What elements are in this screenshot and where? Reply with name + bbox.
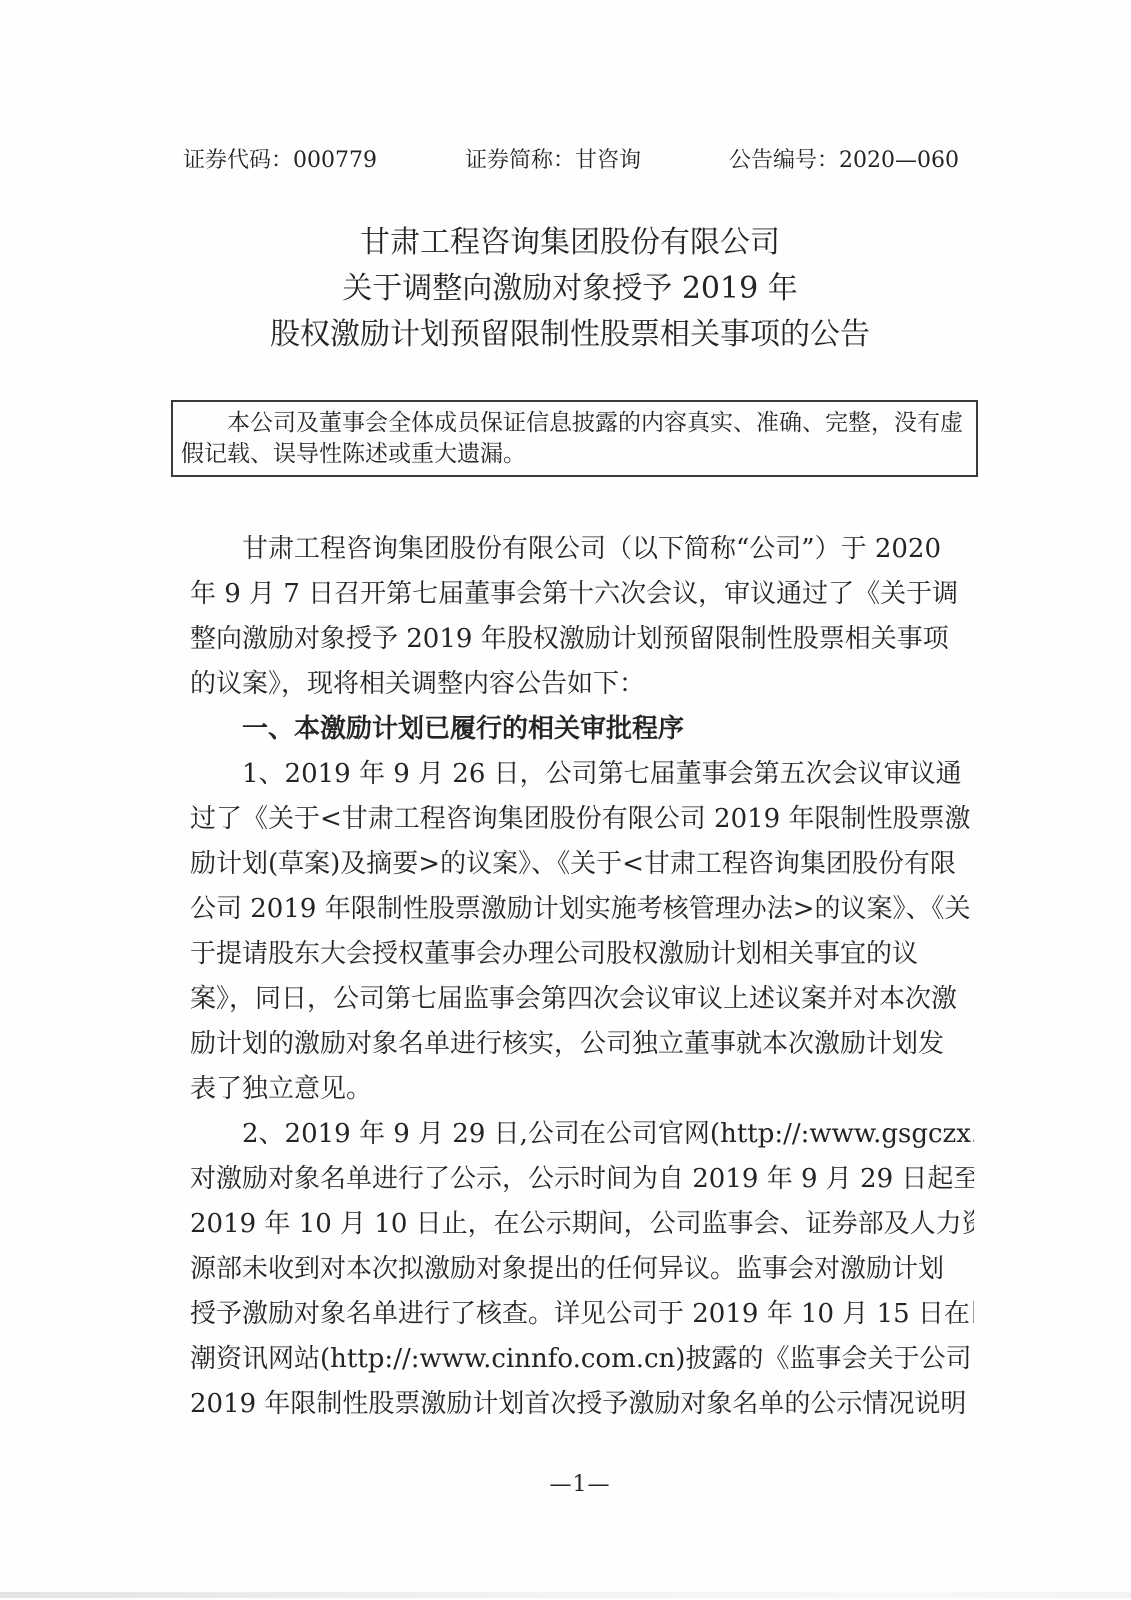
body-paragraph: 甘肃工程咨询集团股份有限公司（以下简称“公司”）于 2020年 9 月 7 日召… <box>190 527 974 707</box>
text-line: 整向激励对象授予 2019 年股权激励计划预留限制性股票相关事项 <box>190 617 974 662</box>
body-paragraph: 2、2019 年 9 月 29 日,公司在公司官网(http://:www.gs… <box>190 1112 974 1427</box>
disclaimer-line: 假记载、误导性陈述或重大遗漏。 <box>181 439 966 470</box>
scan-edge-artifact <box>0 1592 1131 1598</box>
text-line: 潮资讯网站(http://:www.cinnfo.com.cn)披露的《监事会关… <box>190 1337 974 1382</box>
text-line: 表了独立意见。 <box>190 1067 974 1112</box>
document-title-line-2: 关于调整向激励对象授予 2019 年 <box>175 266 965 312</box>
document-header-row: 证券代码：000779 证券简称：甘咨询 公告编号：2020—060 <box>183 146 959 176</box>
section-heading: 一、本激励计划已履行的相关审批程序 <box>190 707 974 752</box>
text-line: 甘肃工程咨询集团股份有限公司（以下简称“公司”）于 2020 <box>190 527 974 572</box>
text-line: 于提请股东大会授权董事会办理公司股权激励计划相关事宜的议 <box>190 932 974 977</box>
text-line: 1、2019 年 9 月 26 日，公司第七届董事会第五次会议审议通 <box>190 752 974 797</box>
text-line: 授予激励对象名单进行了核查。详见公司于 2019 年 10 月 15 日在巨 <box>190 1292 974 1337</box>
page-number: —1— <box>190 1472 970 1497</box>
document-title-line-3: 股权激励计划预留限制性股票相关事项的公告 <box>175 312 965 358</box>
disclaimer-line: 本公司及董事会全体成员保证信息披露的内容真实、准确、完整，没有虚 <box>181 408 966 439</box>
document-title: 甘肃工程咨询集团股份有限公司 关于调整向激励对象授予 2019 年 股权激励计划… <box>175 220 965 358</box>
text-line: 2、2019 年 9 月 29 日,公司在公司官网(http://:www.gs… <box>190 1112 974 1157</box>
text-line: 2019 年限制性股票激励计划首次授予激励对象名单的公示情况说明 <box>190 1382 974 1427</box>
text-line: 励计划(草案)及摘要>的议案》、《关于<甘肃工程咨询集团股份有限 <box>190 842 974 887</box>
stock-code-label: 证券代码：000779 <box>183 146 377 176</box>
disclaimer-box: 本公司及董事会全体成员保证信息披露的内容真实、准确、完整，没有虚 假记载、误导性… <box>171 400 978 477</box>
text-line: 公司 2019 年限制性股票激励计划实施考核管理办法>的议案》、《关 <box>190 887 974 932</box>
announcement-number-label: 公告编号：2020—060 <box>729 146 959 176</box>
text-line: 案》，同日，公司第七届监事会第四次会议审议上述议案并对本次激 <box>190 977 974 1022</box>
text-line: 励计划的激励对象名单进行核实，公司独立董事就本次激励计划发 <box>190 1022 974 1067</box>
text-line: 对激励对象名单进行了公示，公示时间为自 2019 年 9 月 29 日起至 <box>190 1157 974 1202</box>
text-line: 过了《关于<甘肃工程咨询集团股份有限公司 2019 年限制性股票激 <box>190 797 974 842</box>
text-line: 源部未收到对本次拟激励对象提出的任何异议。监事会对激励计划 <box>190 1247 974 1292</box>
text-line: 年 9 月 7 日召开第七届董事会第十六次会议，审议通过了《关于调 <box>190 572 974 617</box>
body-blocks: 甘肃工程咨询集团股份有限公司（以下简称“公司”）于 2020年 9 月 7 日召… <box>190 527 974 1427</box>
stock-abbr-label: 证券简称：甘咨询 <box>465 146 641 176</box>
body-paragraph: 1、2019 年 9 月 26 日，公司第七届董事会第五次会议审议通过了《关于<… <box>190 752 974 1112</box>
document-title-line-1: 甘肃工程咨询集团股份有限公司 <box>175 220 965 266</box>
text-line: 一、本激励计划已履行的相关审批程序 <box>190 707 974 752</box>
text-line: 的议案》，现将相关调整内容公告如下： <box>190 662 974 707</box>
document-page: 证券代码：000779 证券简称：甘咨询 公告编号：2020—060 甘肃工程咨… <box>0 0 1131 1600</box>
text-line: 2019 年 10 月 10 日止，在公示期间，公司监事会、证券部及人力资 <box>190 1202 974 1247</box>
